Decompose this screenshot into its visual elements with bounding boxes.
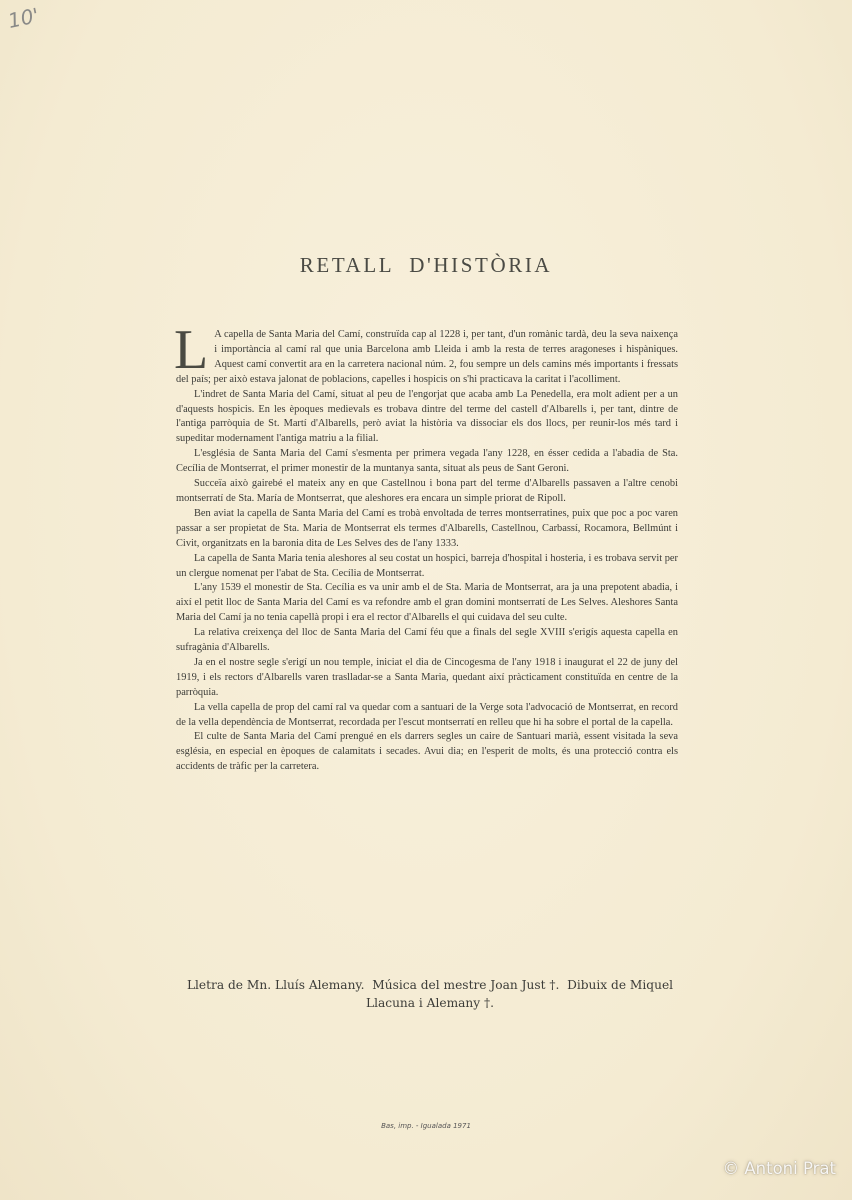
credits-line-1: Lletra de Mn. Lluís Alemany. Música del … — [160, 976, 700, 994]
credits-line-2: Llacuna i Alemany †. — [160, 994, 700, 1012]
drop-cap: L — [174, 328, 208, 372]
credits: Lletra de Mn. Lluís Alemany. Música del … — [160, 976, 700, 1012]
article-paragraph: L'església de Santa Maria del Camí s'esm… — [176, 447, 678, 477]
article-paragraph: La capella de Santa Maria tenia aleshore… — [176, 552, 678, 582]
article-paragraph: L'any 1539 el monestir de Sta. Cecília e… — [176, 581, 678, 626]
article-paragraph: La relativa creixença del lloc de Santa … — [176, 626, 678, 656]
article-paragraph: Succeïa això gairebé el mateix any en qu… — [176, 477, 678, 507]
handwritten-page-number: 10' — [6, 3, 41, 33]
article-paragraph: L'indret de Santa Maria del Camí, situat… — [176, 388, 678, 448]
copyright-watermark: © Antoni Prat — [723, 1159, 836, 1178]
article-paragraph: La vella capella de prop del camí ral va… — [176, 701, 678, 731]
printer-imprint: Bas, imp. - Igualada 1971 — [0, 1122, 852, 1130]
article-paragraph: Ja en el nostre segle s'erigí un nou tem… — [176, 656, 678, 701]
article-paragraph: El culte de Santa Maria del Camí prengué… — [176, 730, 678, 775]
page-title: RETALL D'HISTÒRIA — [0, 253, 852, 278]
article-body: LA capella de Santa Maria del Camí, cons… — [176, 328, 678, 775]
article-paragraph: LA capella de Santa Maria del Camí, cons… — [176, 328, 678, 388]
article-paragraph: Ben aviat la capella de Santa Maria del … — [176, 507, 678, 552]
